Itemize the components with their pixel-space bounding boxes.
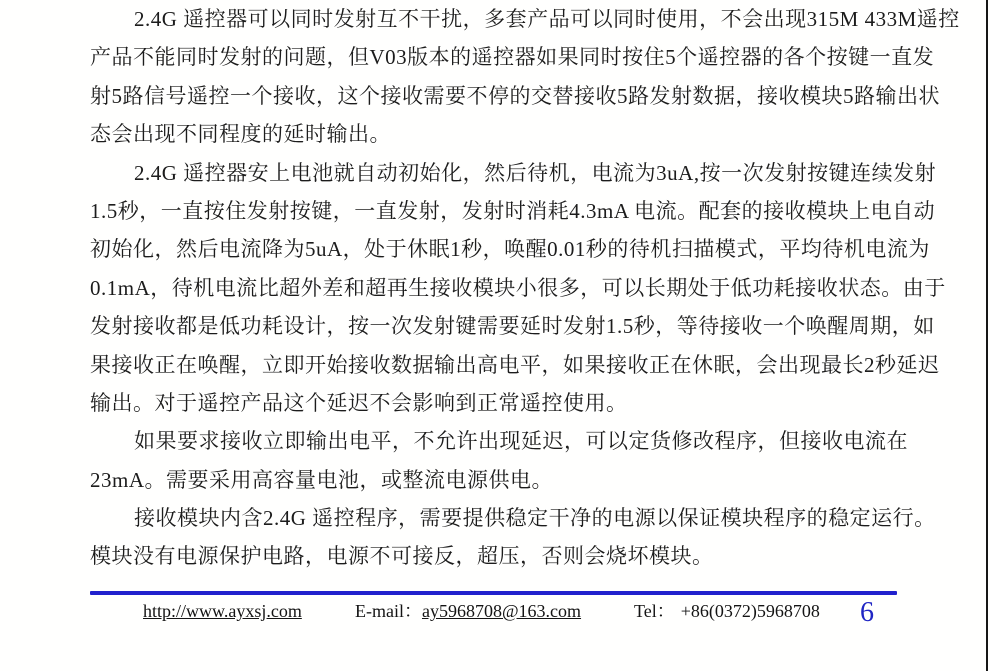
tel-group: Tel：+86(0372)5968708 [634, 599, 820, 623]
paragraph-line: 如果要求接收立即输出电平，不允许出现延迟，可以定货修改程序，但接收电流在 [90, 422, 897, 460]
paragraph-line: 23mA。需要采用高容量电池，或整流电源供电。 [90, 461, 897, 499]
email-label: E-mail： [355, 601, 422, 621]
paragraph-line: 初始化，然后电流降为5uA，处于休眠1秒，唤醒0.01秒的待机扫描模式，平均待机… [90, 230, 897, 268]
email-group: E-mail：ay5968708@163.com [355, 599, 581, 623]
paragraph-line: 2.4G 遥控器可以同时发射互不干扰，多套产品可以同时使用，不会出现315M 4… [90, 0, 897, 38]
tel-label: Tel： [634, 601, 675, 621]
paragraph-line: 发射接收都是低功耗设计，按一次发射键需要延时发射1.5秒，等待接收一个唤醒周期，… [90, 307, 897, 345]
paragraph-line: 模块没有电源保护电路，电源不可接反，超压，否则会烧坏模块。 [90, 537, 897, 575]
page-right-edge [986, 0, 988, 671]
paragraph-line: 射5路信号遥控一个接收，这个接收需要不停的交替接收5路发射数据，接收模块5路输出… [90, 77, 897, 115]
document-page: 2.4G 遥控器可以同时发射互不干扰，多套产品可以同时使用，不会出现315M 4… [0, 0, 990, 671]
paragraph-line: 输出。对于遥控产品这个延迟不会影响到正常遥控使用。 [90, 384, 897, 422]
paragraph-line: 态会出现不同程度的延时输出。 [90, 115, 897, 153]
email-link[interactable]: ay5968708@163.com [422, 601, 581, 621]
paragraph-line: 果接收正在唤醒，立即开始接收数据输出高电平，如果接收正在休眠，会出现最长2秒延迟 [90, 346, 897, 384]
website-link[interactable]: http://www.ayxsj.com [143, 599, 302, 623]
paragraph-line: 接收模块内含2.4G 遥控程序，需要提供稳定干净的电源以保证模块程序的稳定运行。 [90, 499, 897, 537]
page-number: 6 [852, 596, 882, 630]
tel-number: +86(0372)5968708 [681, 601, 820, 621]
paragraph-line: 2.4G 遥控器安上电池就自动初始化，然后待机，电流为3uA,按一次发射按键连续… [90, 154, 897, 192]
paragraph-line: 产品不能同时发射的问题，但V03版本的遥控器如果同时按住5个遥控器的各个按键一直… [90, 38, 897, 76]
footer-divider [90, 591, 897, 595]
footer: http://www.ayxsj.com E-mail：ay5968708@16… [90, 599, 897, 625]
body-text: 2.4G 遥控器可以同时发射互不干扰，多套产品可以同时使用，不会出现315M 4… [90, 0, 897, 576]
paragraph-line: 0.1mA，待机电流比超外差和超再生接收模块小很多，可以长期处于低功耗接收状态。… [90, 269, 897, 307]
paragraph-line: 1.5秒，一直按住发射按键，一直发射，发射时消耗4.3mA 电流。配套的接收模块… [90, 192, 897, 230]
